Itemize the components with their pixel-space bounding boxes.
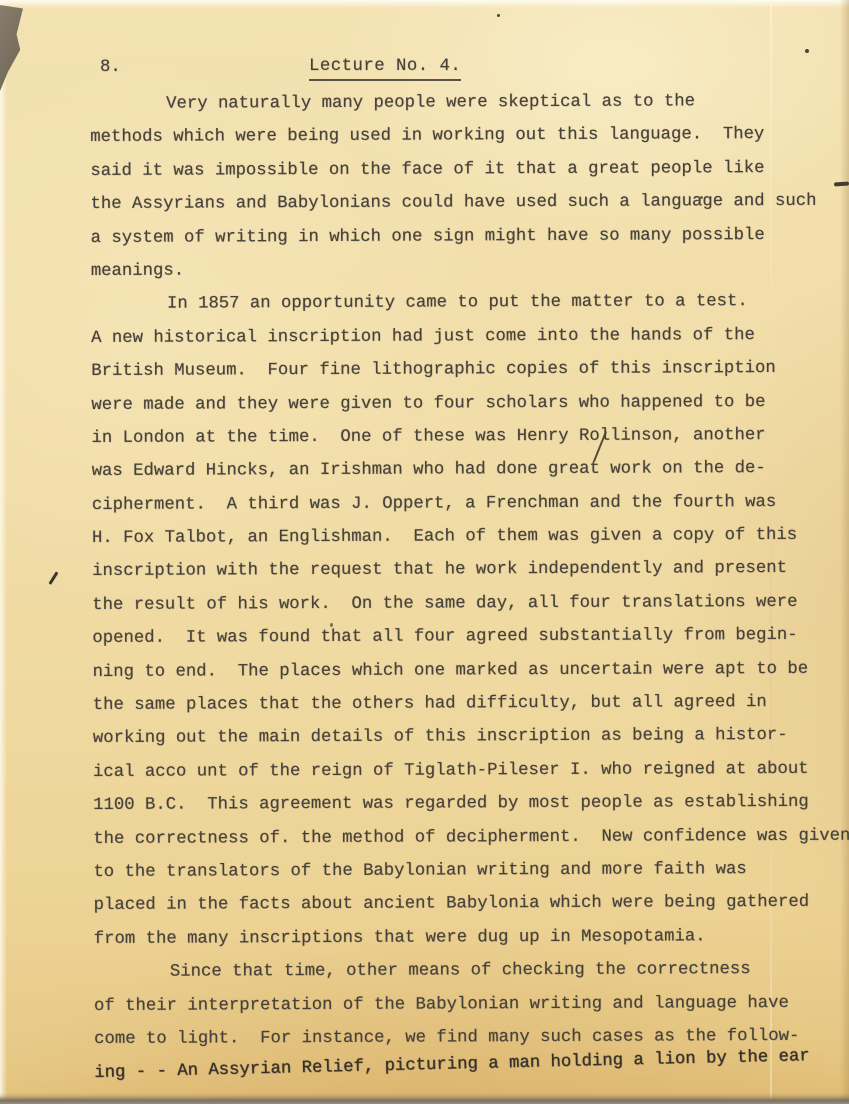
handwritten-pen-mark [48,571,58,584]
scanned-page: 8. Lecture No. 4. Very naturally many pe… [0,0,849,1104]
text-line: working out the main details of this ins… [93,719,838,756]
scan-edge-bottom [0,1093,849,1104]
page-number: 8. [100,58,121,77]
text-line: H. Fox Talbot, an Englishman. Each of th… [92,519,837,556]
scan-edge-top [0,0,849,8]
text-line: British Museum. Four fine lithographic c… [91,352,836,389]
text-line: said it was impossible on the face of it… [90,152,835,189]
text-line: ning to end. The places which one marked… [92,652,837,689]
text-line: Very naturally many people were skeptica… [90,85,835,122]
text-line: In 1857 an opportunity came to put the m… [91,285,836,322]
document-body: Very naturally many people were skeptica… [90,85,839,1090]
text-line: in London at the time. One of these was … [91,419,836,456]
text-line: the Assyrians and Babylonians could have… [90,185,835,222]
text-line: cipherment. A third was J. Oppert, a Fre… [92,485,837,522]
paragraph: Since that time, other means of checking… [94,953,840,1090]
paragraph: Very naturally many people were skeptica… [90,85,836,289]
text-line: was Edward Hincks, an Irishman who had d… [92,452,837,489]
scan-edge-left [0,0,7,1104]
text-line: the result of his work. On the same day,… [92,586,837,623]
text-line: Since that time, other means of checking… [94,953,839,990]
text-line: from the many inscriptions that were dug… [94,920,839,957]
text-line: the correctness of. the method of deciph… [93,819,838,856]
paragraph: In 1857 an opportunity came to put the m… [91,285,839,956]
ink-speck [805,49,809,53]
text-line: ical acco unt of the reign of Tiglath-Pi… [93,753,838,790]
text-line: 1100 B.C. This agreement was regarded by… [93,786,838,823]
text-line: opened. It was found that all four agree… [92,619,837,656]
text-line: the same places that the others had diff… [93,686,838,723]
text-line: a system of writing in which one sign mi… [91,218,836,255]
text-line: of their interpretation of the Babylonia… [94,986,839,1023]
text-line: placed in the facts about ancient Babylo… [93,886,838,923]
scan-edge-right [840,0,849,1104]
text-line: methods which were being used in working… [90,118,835,155]
text-line: were made and they were given to four sc… [91,385,836,422]
text-line: inscription with the request that he wor… [92,552,837,589]
ink-speck [497,14,500,17]
lecture-title: Lecture No. 4. [309,57,461,81]
text-line: meanings. [91,252,836,289]
torn-corner [0,5,23,91]
text-line: A new historical inscription had just co… [91,318,836,355]
text-line: to the translators of the Babylonian wri… [93,853,838,890]
